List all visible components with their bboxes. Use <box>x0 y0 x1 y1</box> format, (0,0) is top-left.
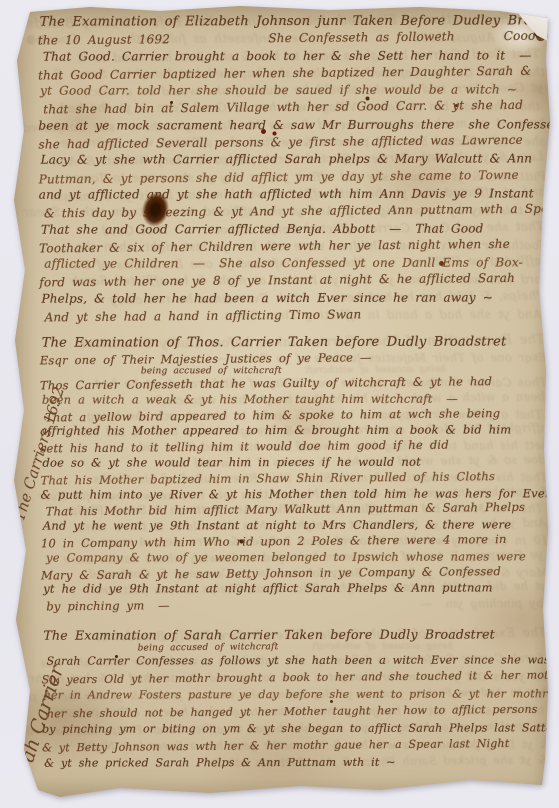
manuscript-line: & yt she pricked Sarah Phelps & Ann Putt… <box>44 753 549 771</box>
manuscript-text: The Examination of Elizabeth Johnson jun… <box>38 11 550 772</box>
scanned-document-background: The Examination of Elizabeth Johnson jun… <box>0 0 559 808</box>
manuscript-line: by pinching ym — <box>46 595 548 616</box>
manuscript-page-wrap: The Examination of Elizabeth Johnson jun… <box>0 0 559 808</box>
manuscript-line: And yt she had a hand in afflicting Timo… <box>44 305 546 327</box>
manuscript-section-examination-sarah-carrier: The Examination of Sarah Carrier Taken b… <box>41 624 549 772</box>
manuscript-section-examination-thomas-carrier: The Examination of Thos. Carrier Taken b… <box>40 334 549 615</box>
manuscript-section-examination-elizabeth-johnson: The Examination of Elizabeth Johnson jun… <box>38 11 547 325</box>
manuscript-page: The Examination of Elizabeth Johnson jun… <box>0 0 559 808</box>
ink-spatter-dots <box>0 0 3 3</box>
